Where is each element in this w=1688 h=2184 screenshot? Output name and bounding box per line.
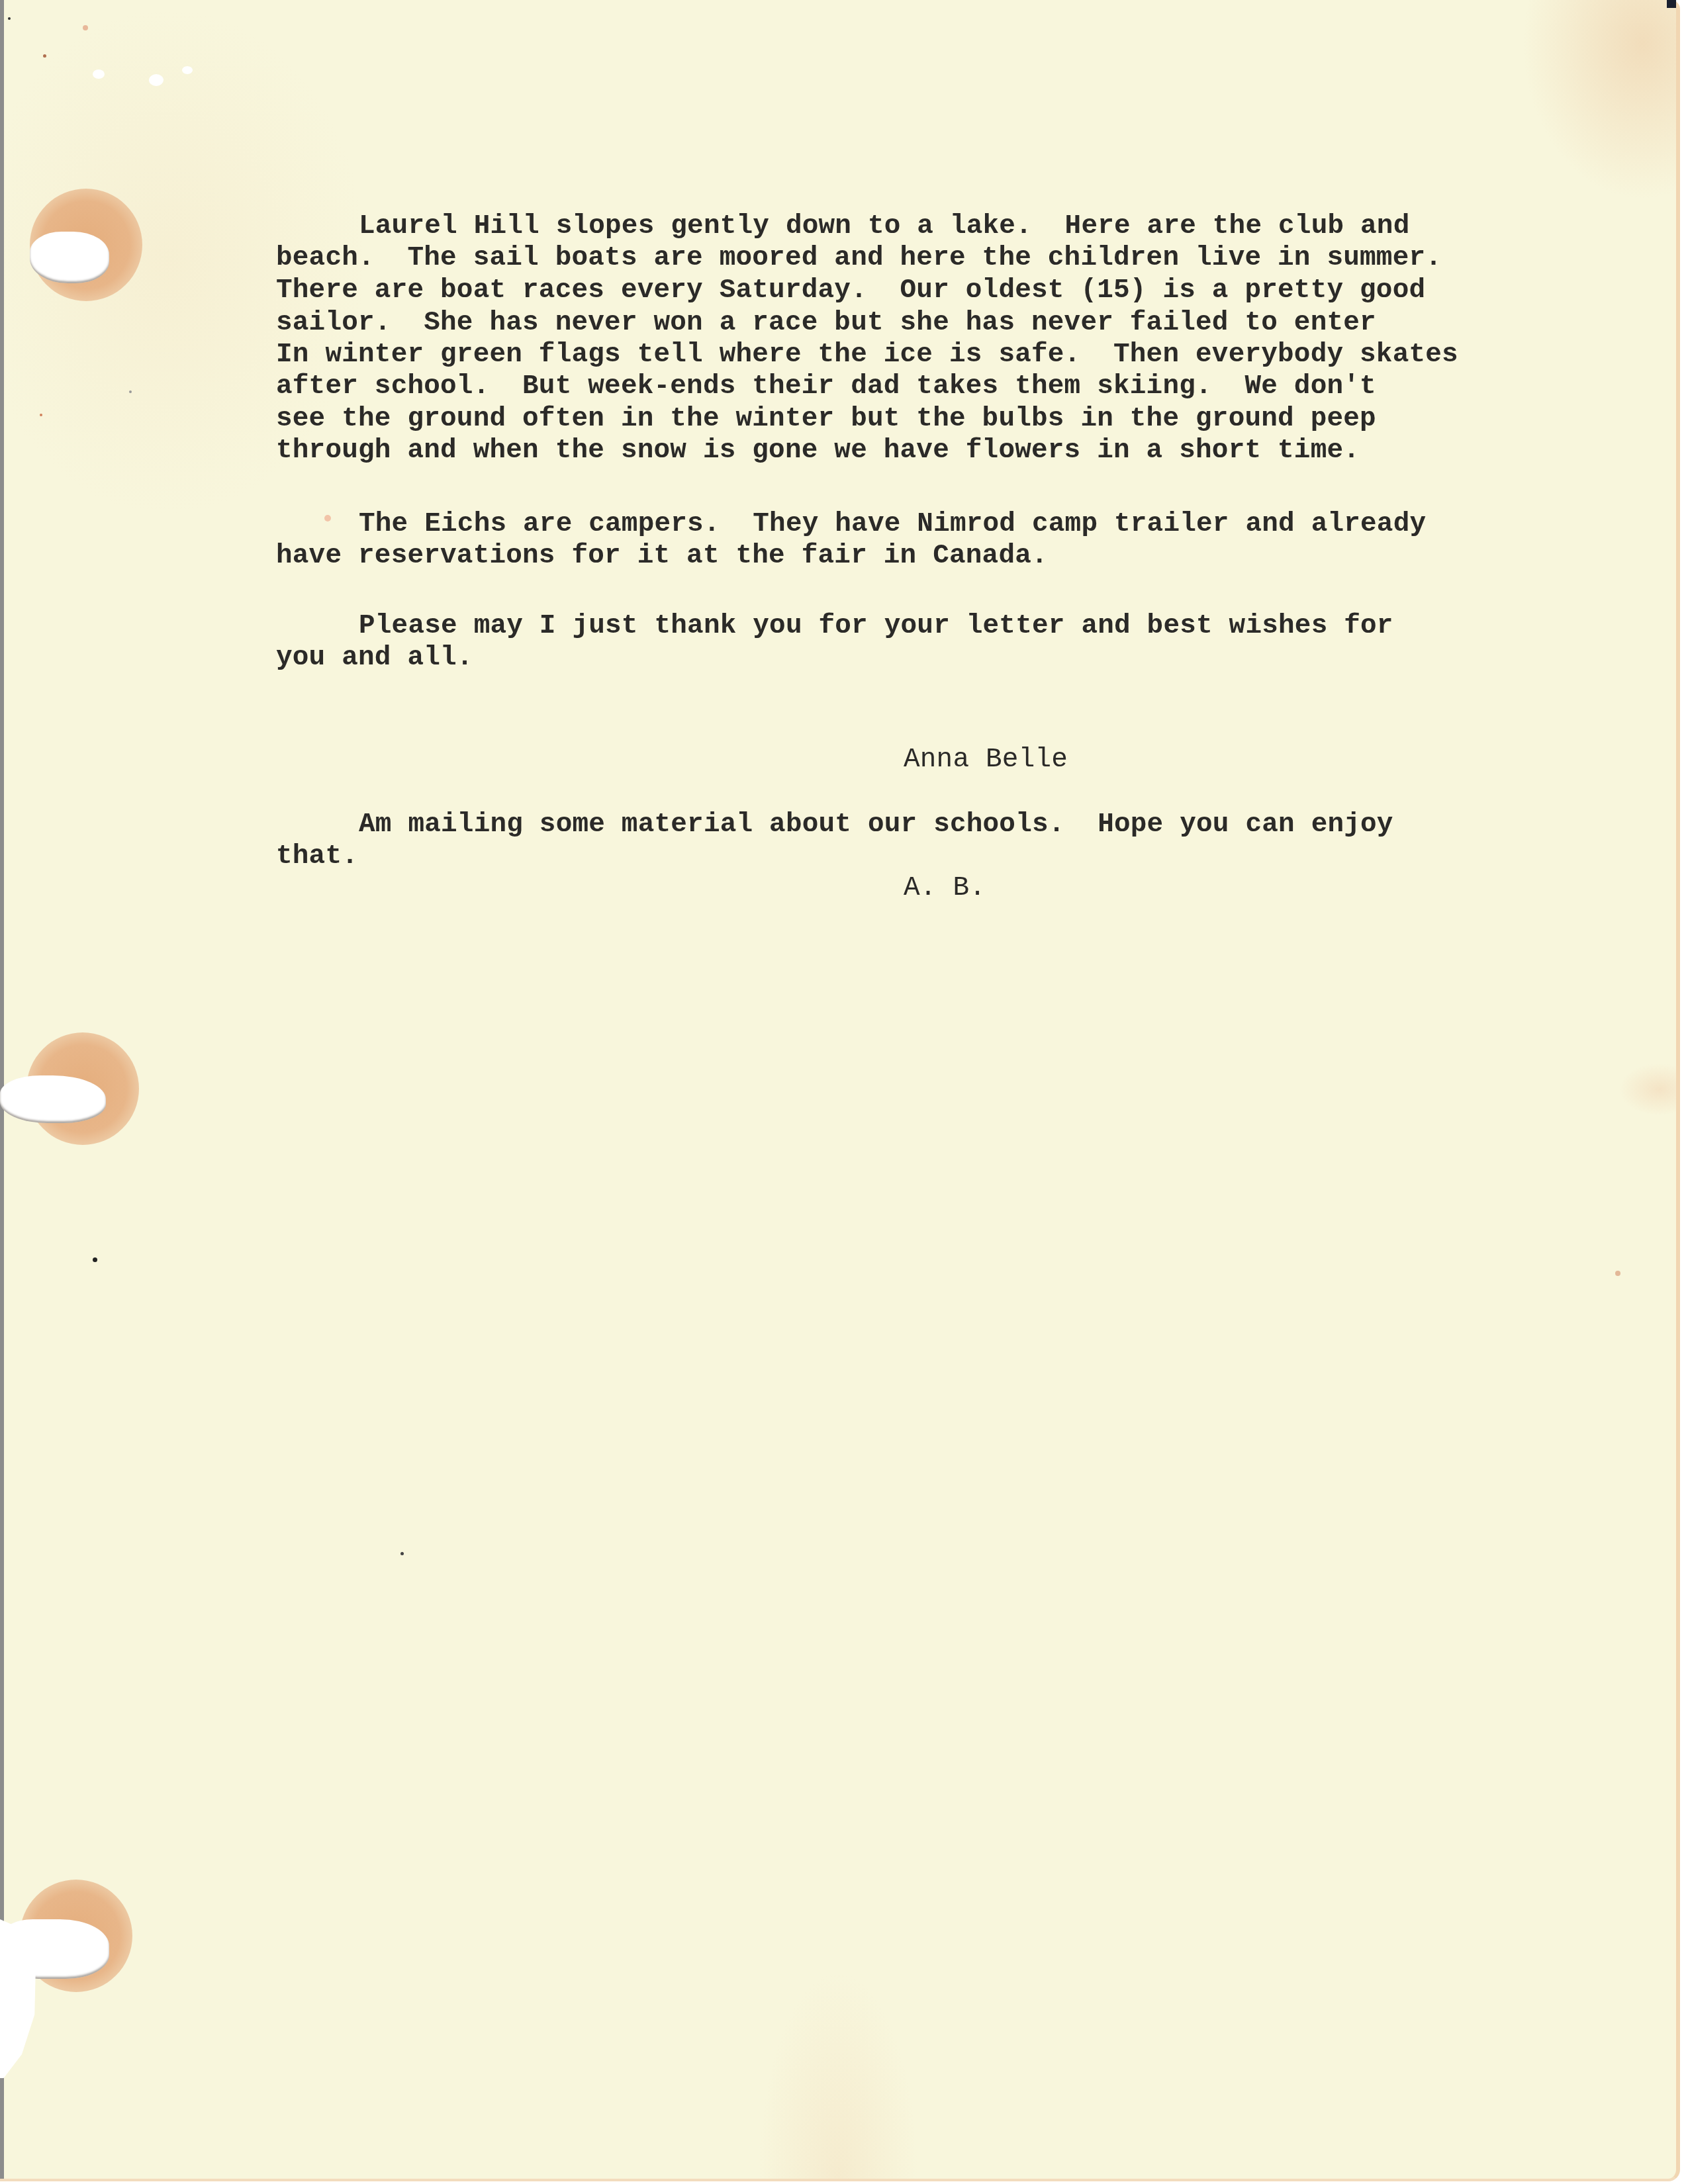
postscript-line: that.	[276, 843, 358, 870]
paragraph-line: In winter green flags tell where the ice…	[276, 341, 1458, 369]
torn-edge	[0, 1919, 36, 2078]
punch-hole-middle	[26, 1032, 139, 1145]
paragraph-line: after school. But week-ends their dad ta…	[276, 373, 1376, 400]
paper-speck	[40, 414, 42, 416]
punch-hole-bottom	[20, 1880, 132, 1992]
paper-speck	[43, 54, 46, 58]
paragraph-line: you and all.	[276, 645, 473, 672]
paper-speck	[149, 74, 164, 86]
paper-speck	[1615, 1271, 1620, 1276]
paragraph-line: There are boat races every Saturday. Our…	[276, 277, 1425, 304]
punch-hole-top	[30, 189, 142, 301]
paper-speck	[93, 69, 105, 79]
scan-corner-mark	[1667, 0, 1676, 8]
postscript-line: Am mailing some material about our schoo…	[359, 811, 1393, 839]
paragraph-line: see the ground often in the winter but t…	[276, 406, 1376, 433]
paper-speck	[93, 1257, 97, 1262]
letter-page: Laurel Hill slopes gently down to a lake…	[0, 0, 1680, 2181]
paragraph-line: Laurel Hill slopes gently down to a lake…	[359, 213, 1409, 240]
letter-body: Laurel Hill slopes gently down to a lake…	[276, 0, 342, 822]
paper-speck	[83, 25, 88, 30]
paragraph-line: beach. The sail boats are moored and her…	[276, 245, 1442, 272]
postscript-initials: A. B.	[904, 875, 986, 902]
paper-speck	[400, 1552, 404, 1555]
paragraph-line: The Eichs are campers. They have Nimrod …	[359, 511, 1426, 538]
signature: Anna Belle	[904, 747, 1068, 774]
paragraph-line: through and when the snow is gone we hav…	[276, 437, 1360, 465]
paper-speck	[182, 66, 193, 74]
paper-speck	[129, 390, 132, 393]
paper-speck	[8, 17, 11, 20]
paragraph-line: Please may I just thank you for your let…	[359, 613, 1393, 640]
paragraph-line: have reservations for it at the fair in …	[276, 543, 1048, 570]
paragraph-line: sailor. She has never won a race but she…	[276, 310, 1376, 337]
